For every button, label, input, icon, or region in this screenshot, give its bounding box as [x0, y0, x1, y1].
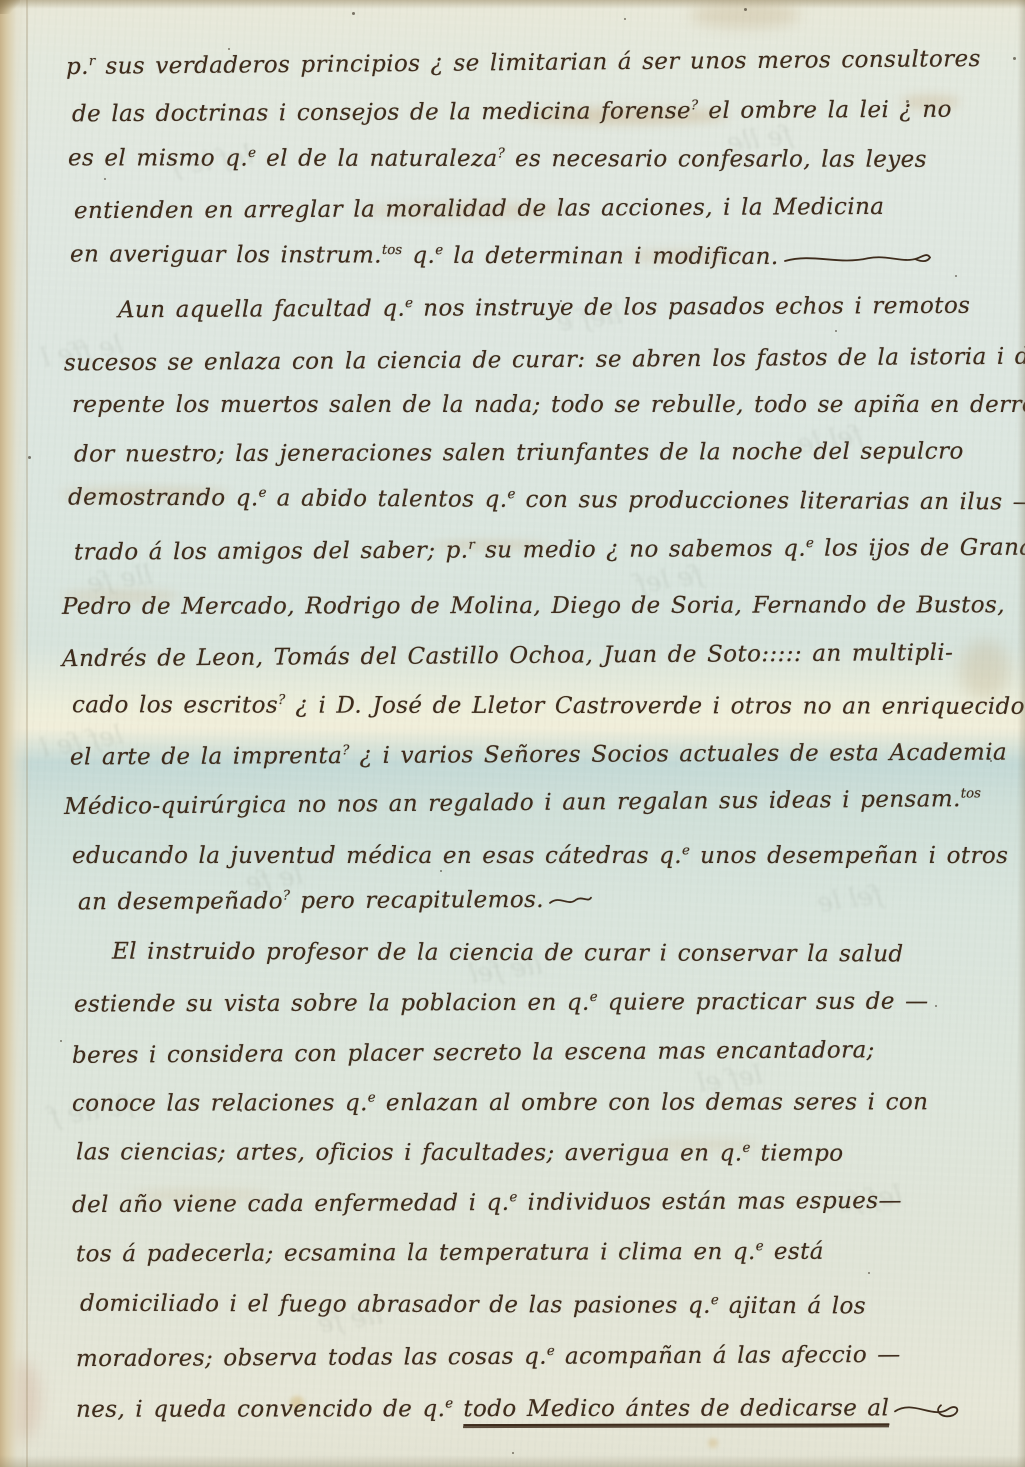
- handwritten-text: trado á los amigos del saber; p.: [74, 538, 469, 566]
- handwritten-text: repente los muertos salen de la nada; to…: [72, 392, 1025, 418]
- handwritten-text: a abido talentos q.: [266, 486, 507, 513]
- superscript-abbreviation: e: [435, 243, 443, 258]
- handwritten-text: El instruido profesor de la ciencia de c…: [112, 939, 904, 968]
- manuscript-line-8: repente los muertos salen de la nada; to…: [72, 392, 1025, 418]
- handwritten-text: sucesos se enlaza con la ciencia de cura…: [64, 344, 1025, 377]
- manuscript-line-18: an desempeñado? pero recapitulemos.: [78, 887, 594, 916]
- handwritten-text: de las doctrinas i consejos de la medici…: [72, 98, 691, 127]
- handwritten-text: es el mismo q.: [68, 145, 248, 171]
- manuscript-line-28: nes, i queda convencido de q.e todo Medi…: [76, 1395, 963, 1423]
- handwritten-text: entienden en arreglar la moralidad de la…: [74, 194, 885, 224]
- superscript-abbreviation: e: [590, 990, 598, 1005]
- manuscript-line-12: Pedro de Mercado, Rodrigo de Molina, Die…: [62, 592, 1005, 620]
- superscript-abbreviation: e: [682, 843, 690, 858]
- handwritten-text: Médico-quirúrgica no nos an regalado i a…: [64, 786, 961, 820]
- handwritten-text: el de la naturaleza: [256, 146, 498, 172]
- manuscript-line-9: dor nuestro; las jeneraciones salen triu…: [74, 438, 964, 467]
- handwritten-text: demostrando q.: [68, 484, 259, 511]
- handwritten-text: en averiguar los instrum.: [70, 241, 382, 268]
- handwritten-text: unos desempeñan i otros: [690, 843, 1008, 869]
- handwritten-text: está: [764, 1239, 824, 1265]
- handwritten-text: ajitan á los: [719, 1293, 866, 1320]
- manuscript-line-13: Andrés de Leon, Tomás del Castillo Ochoa…: [62, 640, 953, 672]
- handwritten-text: cado los escritos: [72, 692, 278, 718]
- manuscript-line-22: conoce las relaciones q.e enlazan al omb…: [72, 1089, 928, 1116]
- handwritten-text: an desempeñado: [78, 888, 283, 915]
- handwritten-text: ¿ i varios Señores Socios actuales de es…: [349, 740, 1007, 769]
- manuscript-line-10: demostrando q.e a abido talentos q.e con…: [68, 484, 1025, 515]
- handwritten-text: moradores; observa todas las cosas q.: [76, 1344, 547, 1372]
- handwritten-text: las ciencias; artes, oficios i facultade…: [76, 1139, 742, 1166]
- handwritten-text: Aun aquella facultad q.: [118, 296, 405, 324]
- handwritten-text: nes, i queda convencido de q.: [76, 1396, 445, 1423]
- handwritten-text: p.: [66, 54, 89, 80]
- manuscript-line-16: Médico-quirúrgica no nos an regalado i a…: [64, 786, 981, 820]
- superscript-abbreviation: e: [711, 1293, 719, 1308]
- manuscript-line-17: educando la juventud médica en esas cáte…: [72, 843, 1008, 869]
- handwritten-text: los ijos de Granada: [814, 534, 1025, 561]
- handwritten-text: q.: [402, 243, 435, 269]
- manuscript-line-11: trado á los amigos del saber; p.r su med…: [74, 534, 1025, 565]
- handwritten-text: quiere practicar sus de —: [598, 989, 929, 1016]
- manuscript-line-7: sucesos se enlaza con la ciencia de cura…: [64, 344, 1025, 377]
- superscript-abbreviation: tos: [382, 243, 402, 258]
- handwritten-text: el arte de la imprenta: [70, 743, 342, 770]
- handwritten-text: individuos están mas espues—: [517, 1188, 902, 1216]
- handwritten-text: educando la juventud médica en esas cáte…: [72, 843, 682, 869]
- ink-flourish-icon: [548, 891, 594, 911]
- manuscript-line-4: entienden en arreglar la moralidad de la…: [74, 194, 885, 224]
- manuscript-line-19: El instruido profesor de la ciencia de c…: [112, 939, 904, 968]
- handwritten-text: beres i considera con placer secreto la …: [72, 1037, 875, 1069]
- handwritten-text: con sus producciones literarias an ilus …: [515, 487, 1025, 516]
- manuscript-line-24: del año viene cada enfermedad i q.e indi…: [72, 1188, 902, 1218]
- handwritten-text: acompañan á las afeccio —: [555, 1342, 901, 1370]
- superscript-abbreviation: e: [248, 146, 256, 161]
- handwritten-text: tos á padecerla; ecsamina la temperatura…: [76, 1239, 756, 1267]
- manuscript-line-26: domiciliado i el fuego abrasador de las …: [80, 1291, 866, 1320]
- manuscript-line-14: cado los escritos? ¿ i D. José de Lletor…: [72, 692, 1025, 720]
- handwritten-text: sus verdaderos principios ¿ se limitaria…: [95, 46, 981, 80]
- ink-flourish-icon: [893, 1397, 963, 1421]
- manuscript-line-6: Aun aquella facultad q.e nos instruye de…: [118, 293, 970, 323]
- manuscript-text: p.r sus verdaderos principios ¿ se limit…: [0, 0, 1025, 1467]
- handwritten-text: su medio ¿ no sabemos q.: [475, 536, 806, 564]
- handwritten-text: la determinan i modifican.: [443, 243, 779, 270]
- manuscript-line-23: las ciencias; artes, oficios i facultade…: [76, 1139, 844, 1166]
- manuscript-line-15: el arte de la imprenta? ¿ i varios Señor…: [70, 740, 1007, 771]
- handwritten-text: Pedro de Mercado, Rodrigo de Molina, Die…: [62, 592, 1005, 620]
- handwritten-text: domiciliado i el fuego abrasador de las …: [80, 1291, 711, 1319]
- manuscript-line-20: estiende su vista sobre la poblacion en …: [74, 989, 929, 1018]
- manuscript-line-27: moradores; observa todas las cosas q.e a…: [76, 1342, 901, 1372]
- superscript-abbreviation: e: [756, 1239, 764, 1254]
- handwritten-text: ¿ i D. José de Lletor Castroverde i otro…: [285, 693, 1025, 720]
- superscript-abbreviation: e: [806, 536, 814, 551]
- handwritten-text: conoce las relaciones q.: [72, 1090, 368, 1117]
- handwritten-text: Andrés de Leon, Tomás del Castillo Ochoa…: [62, 640, 953, 672]
- superscript-abbreviation: ?: [498, 146, 505, 161]
- manuscript-line-21: beres i considera con placer secreto la …: [72, 1037, 875, 1069]
- handwritten-text: pero recapitulemos.: [290, 887, 544, 914]
- manuscript-line-2: de las doctrinas i consejos de la medici…: [72, 97, 952, 128]
- handwritten-text: enlazan al ombre con los demas seres i c…: [376, 1089, 929, 1116]
- ink-flourish-icon: [783, 249, 933, 268]
- manuscript-page: lef le ffe llele ffe lllef efel lelle fe…: [0, 0, 1025, 1467]
- manuscript-line-25: tos á padecerla; ecsamina la temperatura…: [76, 1239, 824, 1268]
- manuscript-line-3: es el mismo q.e el de la naturaleza? es …: [68, 145, 927, 172]
- handwritten-text: el ombre la lei ¿ no: [698, 97, 952, 124]
- handwritten-text: [453, 1396, 463, 1422]
- underlined-phrase: todo Medico ántes de dedicarse al: [463, 1395, 889, 1428]
- handwritten-text: nos instruye de los pasados echos i remo…: [413, 293, 970, 322]
- handwritten-text: del año viene cada enfermedad i q.: [72, 1190, 510, 1218]
- superscript-abbreviation: e: [368, 1091, 376, 1106]
- manuscript-line-1: p.r sus verdaderos principios ¿ se limit…: [66, 46, 981, 80]
- handwritten-text: tiempo: [750, 1141, 843, 1167]
- superscript-abbreviation: e: [547, 1344, 555, 1359]
- handwritten-text: es necesario confesarlo, las leyes: [505, 146, 927, 173]
- handwritten-text: estiende su vista sobre la poblacion en …: [74, 990, 590, 1018]
- manuscript-line-5: en averiguar los instrum.tos q.e la dete…: [70, 241, 933, 270]
- superscript-abbreviation: tos: [961, 786, 981, 801]
- handwritten-text: dor nuestro; las jeneraciones salen triu…: [74, 438, 964, 467]
- superscript-abbreviation: e: [405, 296, 413, 311]
